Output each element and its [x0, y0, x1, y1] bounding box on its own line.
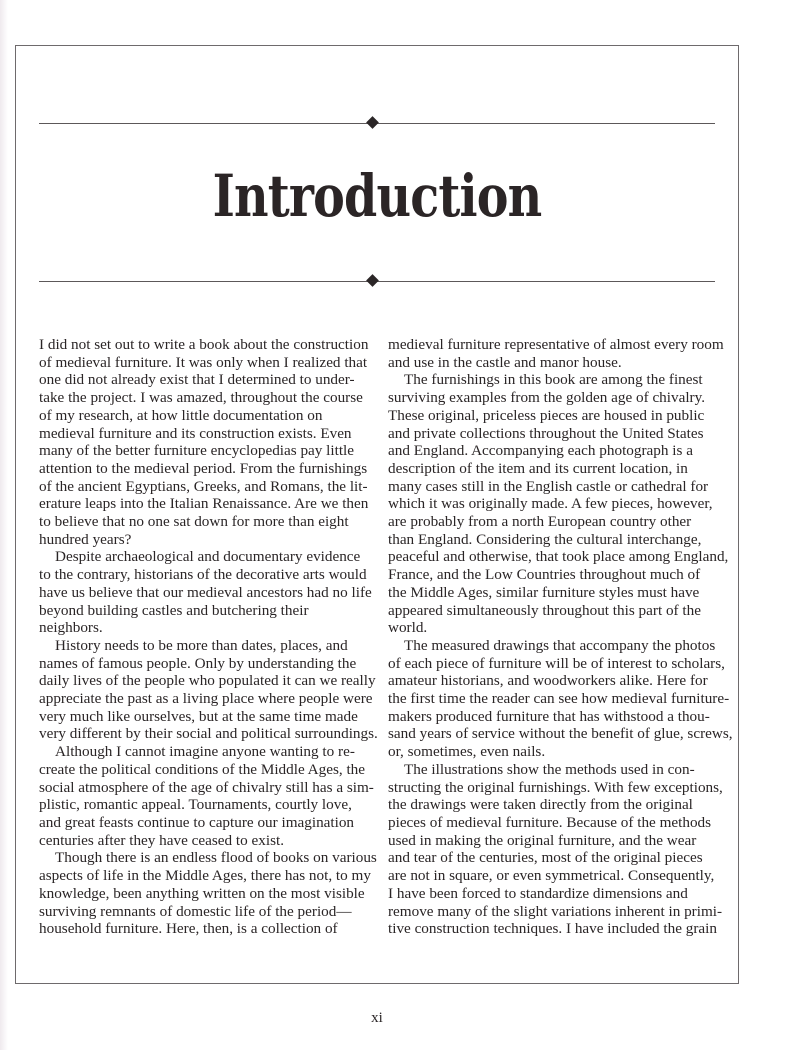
text-line: the first time the reader can see how me…	[388, 690, 733, 708]
text-line: social atmosphere of the age of chivalry…	[39, 779, 384, 797]
paragraph: Though there is an endless flood of book…	[39, 849, 384, 938]
text-line: peaceful and otherwise, that took place …	[388, 548, 733, 566]
text-line: daily lives of the people who populated …	[39, 672, 384, 690]
text-line: I did not set out to write a book about …	[39, 336, 384, 354]
page-number: xi	[0, 1010, 754, 1027]
paragraph: I did not set out to write a book about …	[39, 336, 384, 548]
text-line: and use in the castle and manor house.	[388, 354, 733, 372]
text-line: have us believe that our medieval ancest…	[39, 584, 384, 602]
text-line: description of the item and its current …	[388, 460, 733, 478]
text-line: create the political conditions of the M…	[39, 761, 384, 779]
text-line: hundred years?	[39, 531, 384, 549]
text-line: than England. Considering the cultural i…	[388, 531, 733, 549]
text-line: History needs to be more than dates, pla…	[39, 637, 384, 655]
text-line: Despite archaeological and documentary e…	[39, 548, 384, 566]
text-line: These original, priceless pieces are hou…	[388, 407, 733, 425]
text-line: take the project. I was amazed, througho…	[39, 389, 384, 407]
text-line: beyond building castles and butchering t…	[39, 602, 384, 620]
text-line: and tear of the centuries, most of the o…	[388, 849, 733, 867]
text-line: of the ancient Egyptians, Greeks, and Ro…	[39, 478, 384, 496]
text-line: surviving examples from the golden age o…	[388, 389, 733, 407]
text-line: centuries after they have ceased to exis…	[39, 832, 384, 850]
text-line: of my research, at how little documentat…	[39, 407, 384, 425]
text-line: to believe that no one sat down for more…	[39, 513, 384, 531]
text-line: tive construction techniques. I have inc…	[388, 920, 733, 938]
paragraph: The illustrations show the methods used …	[388, 761, 733, 938]
text-line: The illustrations show the methods used …	[388, 761, 733, 779]
text-line: I have been forced to standardize dimens…	[388, 885, 733, 903]
text-line: which it was originally made. A few piec…	[388, 495, 733, 513]
text-line: Although I cannot imagine anyone wanting…	[39, 743, 384, 761]
text-line: are not in square, or even symmetrical. …	[388, 867, 733, 885]
text-line: used in making the original furniture, a…	[388, 832, 733, 850]
text-line: aspects of life in the Middle Ages, ther…	[39, 867, 384, 885]
text-line: appreciate the past as a living place wh…	[39, 690, 384, 708]
text-line: household furniture. Here, then, is a co…	[39, 920, 384, 938]
text-line: attention to the medieval period. From t…	[39, 460, 384, 478]
text-line: of medieval furniture. It was only when …	[39, 354, 384, 372]
text-line: medieval furniture representative of alm…	[388, 336, 733, 354]
paragraph: The measured drawings that accompany the…	[388, 637, 733, 761]
chapter-title: Introduction	[68, 160, 686, 232]
paragraph: medieval furniture representative of alm…	[388, 336, 733, 371]
text-line: many cases still in the English castle o…	[388, 478, 733, 496]
text-line: structing the original furnishings. With…	[388, 779, 733, 797]
text-line: are probably from a north European count…	[388, 513, 733, 531]
text-line: one did not already exist that I determi…	[39, 371, 384, 389]
text-line: many of the better furniture encyclopedi…	[39, 442, 384, 460]
text-line: knowledge, been anything written on the …	[39, 885, 384, 903]
text-line: amateur historians, and woodworkers alik…	[388, 672, 733, 690]
right-text-column: medieval furniture representative of alm…	[388, 336, 733, 938]
text-line: the drawings were taken directly from th…	[388, 796, 733, 814]
text-line: France, and the Low Countries throughout…	[388, 566, 733, 584]
text-line: The furnishings in this book are among t…	[388, 371, 733, 389]
text-line: surviving remnants of domestic life of t…	[39, 903, 384, 921]
text-line: makers produced furniture that has withs…	[388, 708, 733, 726]
text-line: medieval furniture and its construction …	[39, 425, 384, 443]
text-line: Though there is an endless flood of book…	[39, 849, 384, 867]
left-text-column: I did not set out to write a book about …	[39, 336, 384, 938]
text-line: names of famous people. Only by understa…	[39, 655, 384, 673]
text-line: The measured drawings that accompany the…	[388, 637, 733, 655]
text-line: remove many of the slight variations inh…	[388, 903, 733, 921]
text-line: of each piece of furniture will be of in…	[388, 655, 733, 673]
text-line: sand years of service without the benefi…	[388, 725, 733, 743]
paragraph: Although I cannot imagine anyone wanting…	[39, 743, 384, 849]
text-line: appeared simultaneously throughout this …	[388, 602, 733, 620]
text-line: world.	[388, 619, 733, 637]
text-line: very different by their social and polit…	[39, 725, 384, 743]
paragraph: Despite archaeological and documentary e…	[39, 548, 384, 637]
text-line: the Middle Ages, similar furniture style…	[388, 584, 733, 602]
text-line: plistic, romantic appeal. Tournaments, c…	[39, 796, 384, 814]
text-line: and private collections throughout the U…	[388, 425, 733, 443]
page-edge-shadow	[0, 0, 8, 1050]
text-line: and great feasts continue to capture our…	[39, 814, 384, 832]
text-line: very much like ourselves, but at the sam…	[39, 708, 384, 726]
text-line: pieces of medieval furniture. Because of…	[388, 814, 733, 832]
text-line: erature leaps into the Italian Renaissan…	[39, 495, 384, 513]
text-line: neighbors.	[39, 619, 384, 637]
text-line: and England. Accompanying each photograp…	[388, 442, 733, 460]
text-line: or, sometimes, even nails.	[388, 743, 733, 761]
text-line: to the contrary, historians of the decor…	[39, 566, 384, 584]
paragraph: History needs to be more than dates, pla…	[39, 637, 384, 743]
paragraph: The furnishings in this book are among t…	[388, 371, 733, 637]
